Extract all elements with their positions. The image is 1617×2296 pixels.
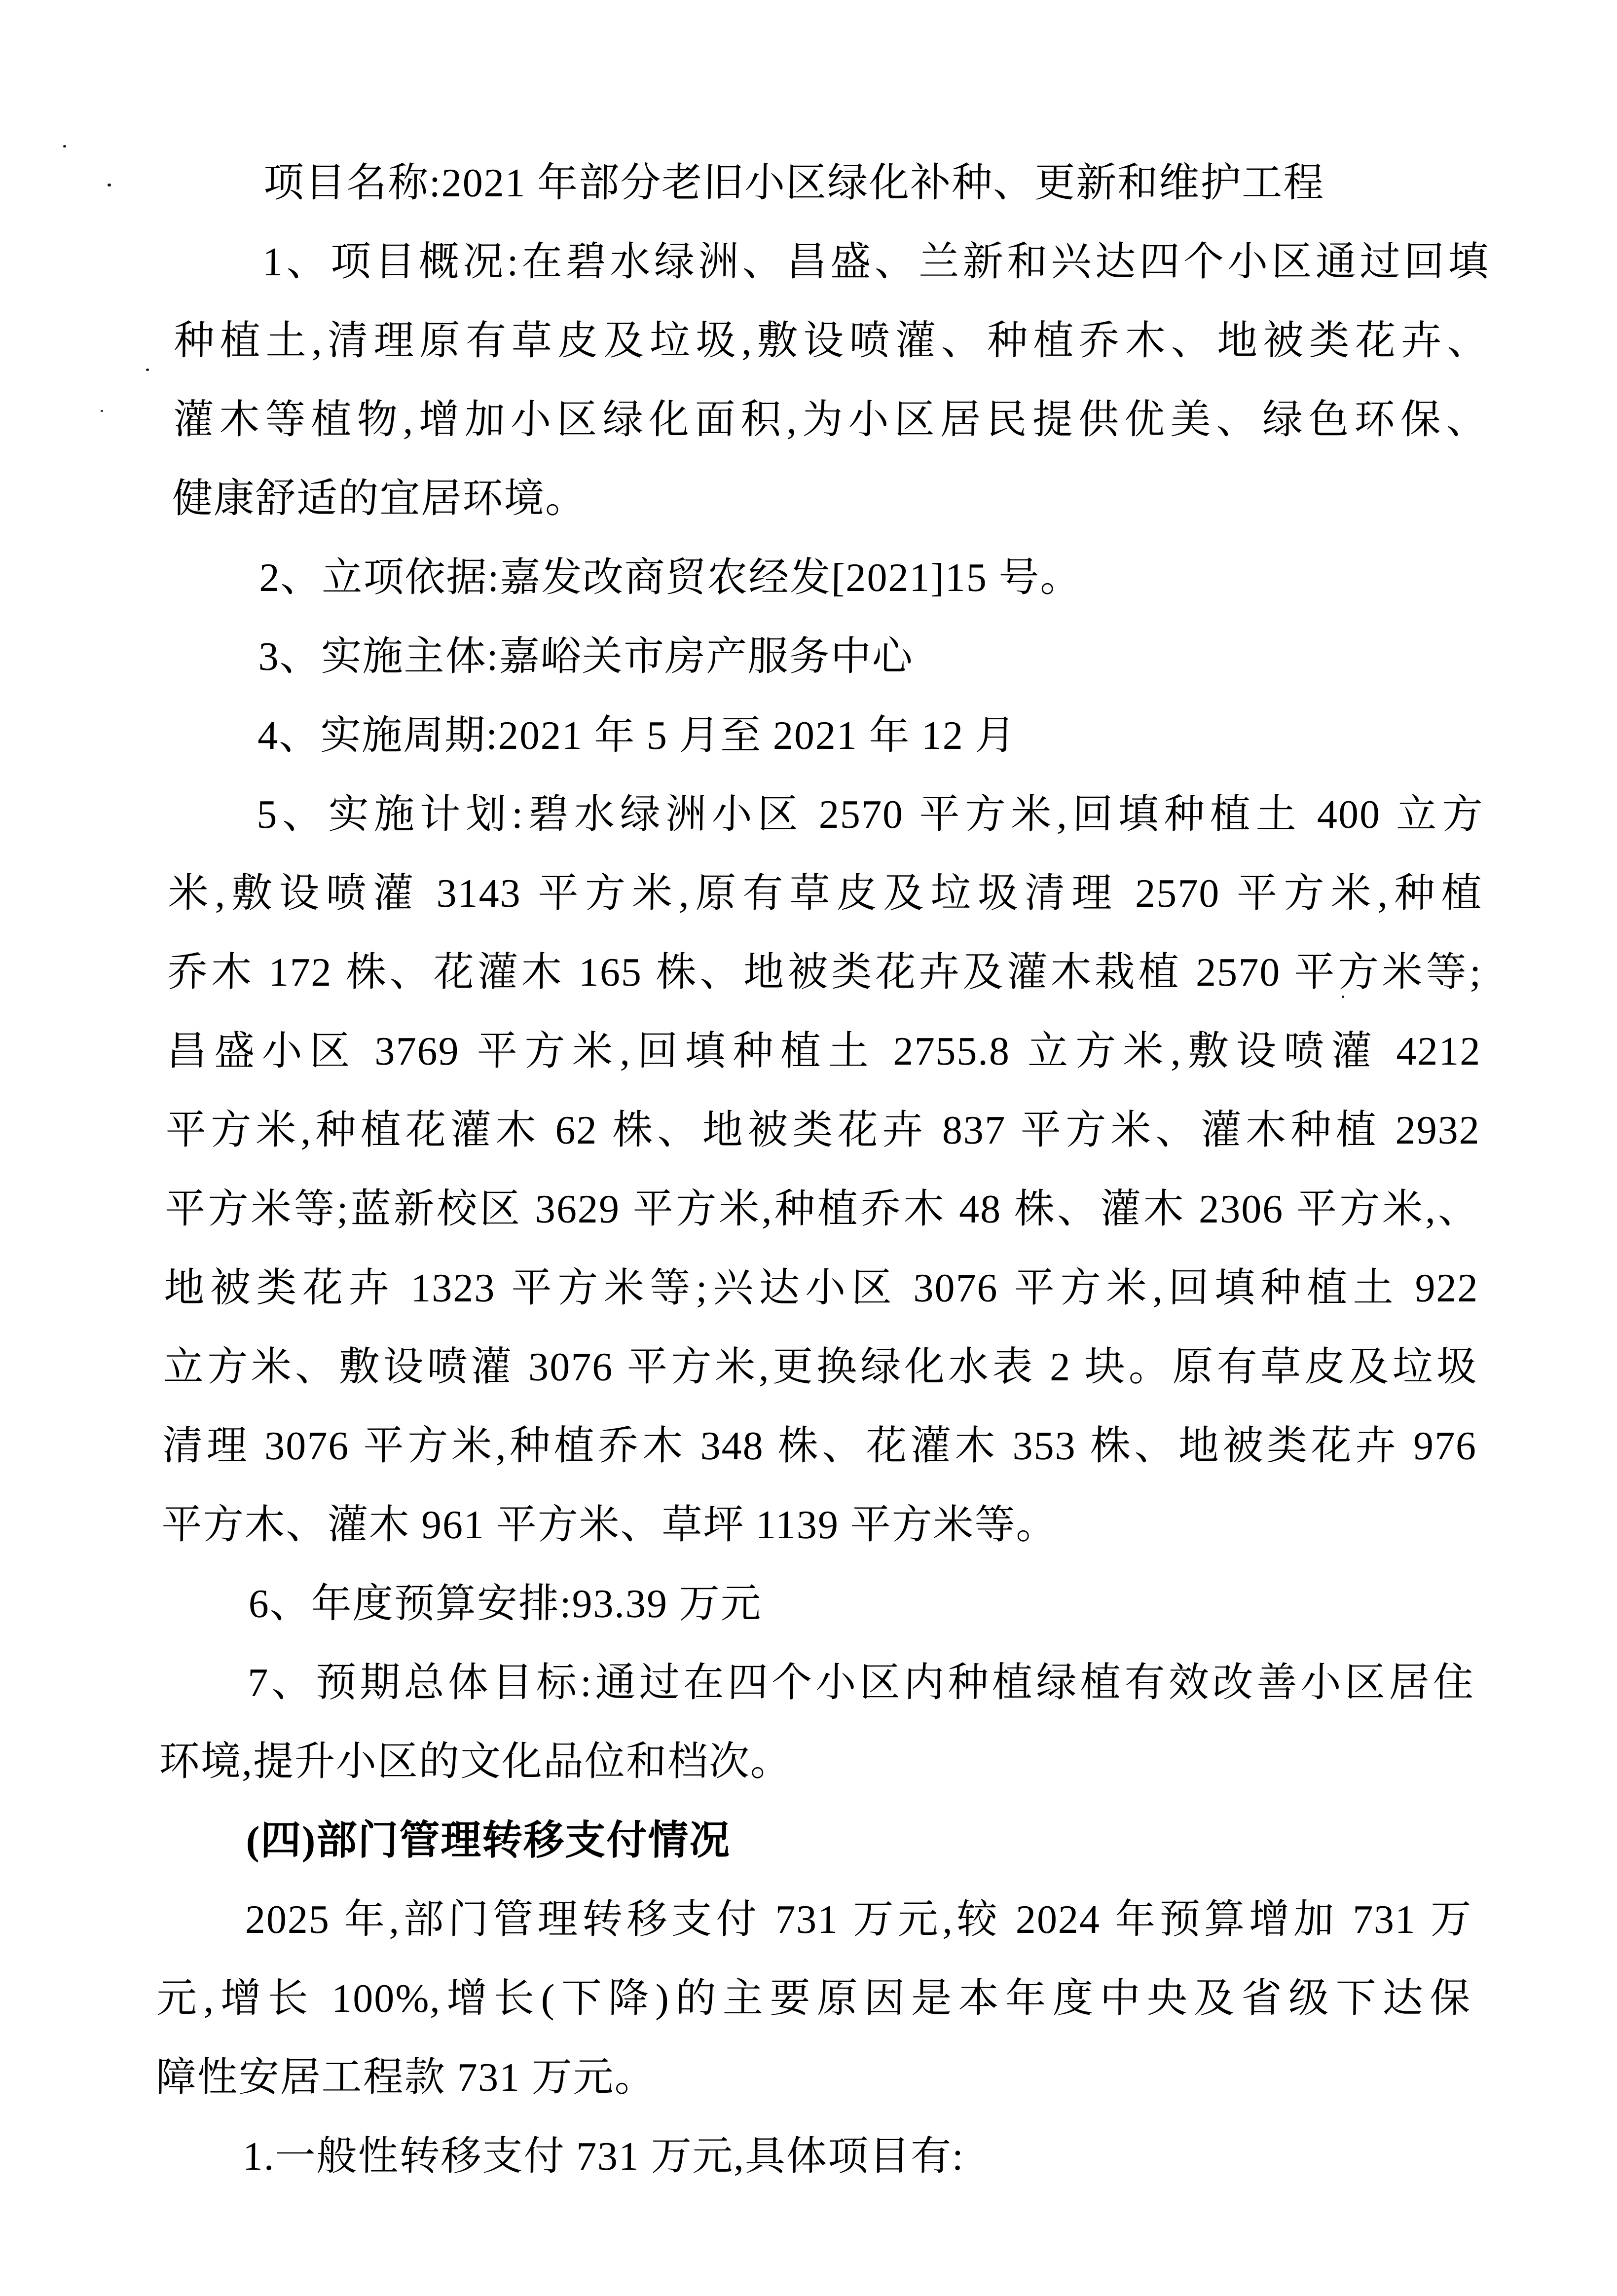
- text-line: 4、实施周期:2021 年 5 月至 2021 年 12 月: [169, 696, 1485, 775]
- text-line: 障性安居工程款 731 万元。: [155, 2038, 1471, 2117]
- text-line: 平方米,种植花灌木 62 株、地被类花卉 837 平方米、灌木种植 2932: [165, 1091, 1481, 1170]
- text-line: 1.一般性转移支付 731 万元,具体项目有:: [154, 2117, 1470, 2196]
- text-line: 平方米等;蓝新校区 3629 平方米,种植乔木 48 株、灌木 2306 平方米…: [164, 1170, 1480, 1249]
- document-page: 项目名称:2021 年部分老旧小区绿化补种、更新和维护工程 1、项目概况:在碧水…: [0, 0, 1617, 2296]
- text-line: 立方米、敷设喷灌 3076 平方米,更换绿化水表 2 块。原有草皮及垃圾: [163, 1328, 1478, 1407]
- text-line: 元,增长 100%,增长(下降)的主要原因是本年度中央及省级下达保: [156, 1959, 1472, 2038]
- text-line: 平方木、灌木 961 平方米、草坪 1139 平方米等。: [161, 1485, 1477, 1564]
- document-text-block: 项目名称:2021 年部分老旧小区绿化补种、更新和维护工程 1、项目概况:在碧水…: [154, 144, 1491, 2196]
- scan-speck: [108, 184, 111, 186]
- project-name-line: 项目名称:2021 年部分老旧小区绿化补种、更新和维护工程: [175, 144, 1491, 222]
- scan-speck: [63, 145, 66, 148]
- text-line: 乔木 172 株、花灌木 165 株、地被类花卉及灌木栽植 2570 平方米等;: [167, 933, 1482, 1012]
- text-line: 米,敷设喷灌 3143 平方米,原有草皮及垃圾清理 2570 平方米,种植: [168, 854, 1483, 933]
- scan-speck: [146, 369, 149, 371]
- text-line: 清理 3076 平方米,种植乔木 348 株、花灌木 353 株、地被类花卉 9…: [162, 1407, 1477, 1485]
- text-line: 7、预期总体目标:通过在四个小区内种植绿植有效改善小区居住: [159, 1643, 1475, 1722]
- text-line: 2、立项依据:嘉发改商贸农经发[2021]15 号。: [171, 538, 1487, 617]
- text-line: 地被类花卉 1323 平方米等;兴达小区 3076 平方米,回填种植土 922: [164, 1249, 1479, 1328]
- text-line: 昌盛小区 3769 平方米,回填种植土 2755.8 立方米,敷设喷灌 4212: [166, 1012, 1482, 1091]
- text-line: 环境,提升小区的文化品位和档次。: [159, 1722, 1474, 1801]
- budget-line: 6、年度预算安排:93.39 万元: [160, 1564, 1476, 1643]
- text-line: 种植土,清理原有草皮及垃圾,敷设喷灌、种植乔木、地被类花卉、: [174, 301, 1489, 380]
- text-line: 2025 年,部门管理转移支付 731 万元,较 2024 年预算增加 731 …: [157, 1880, 1472, 1959]
- scan-speck: [101, 410, 103, 412]
- text-line: 5、实施计划:碧水绿洲小区 2570 平方米,回填种植土 400 立方: [169, 775, 1484, 854]
- text-line: 灌木等植物,增加小区绿化面积,为小区居民提供优美、绿色环保、: [173, 380, 1488, 459]
- text-line: 1、项目概况:在碧水绿洲、昌盛、兰新和兴达四个小区通过回填: [174, 222, 1490, 301]
- text-line: 3、实施主体:嘉峪关市房产服务中心: [170, 617, 1486, 696]
- section-heading: (四)部门管理转移支付情况: [158, 1801, 1473, 1880]
- text-line: 健康舒适的宜居环境。: [172, 459, 1487, 538]
